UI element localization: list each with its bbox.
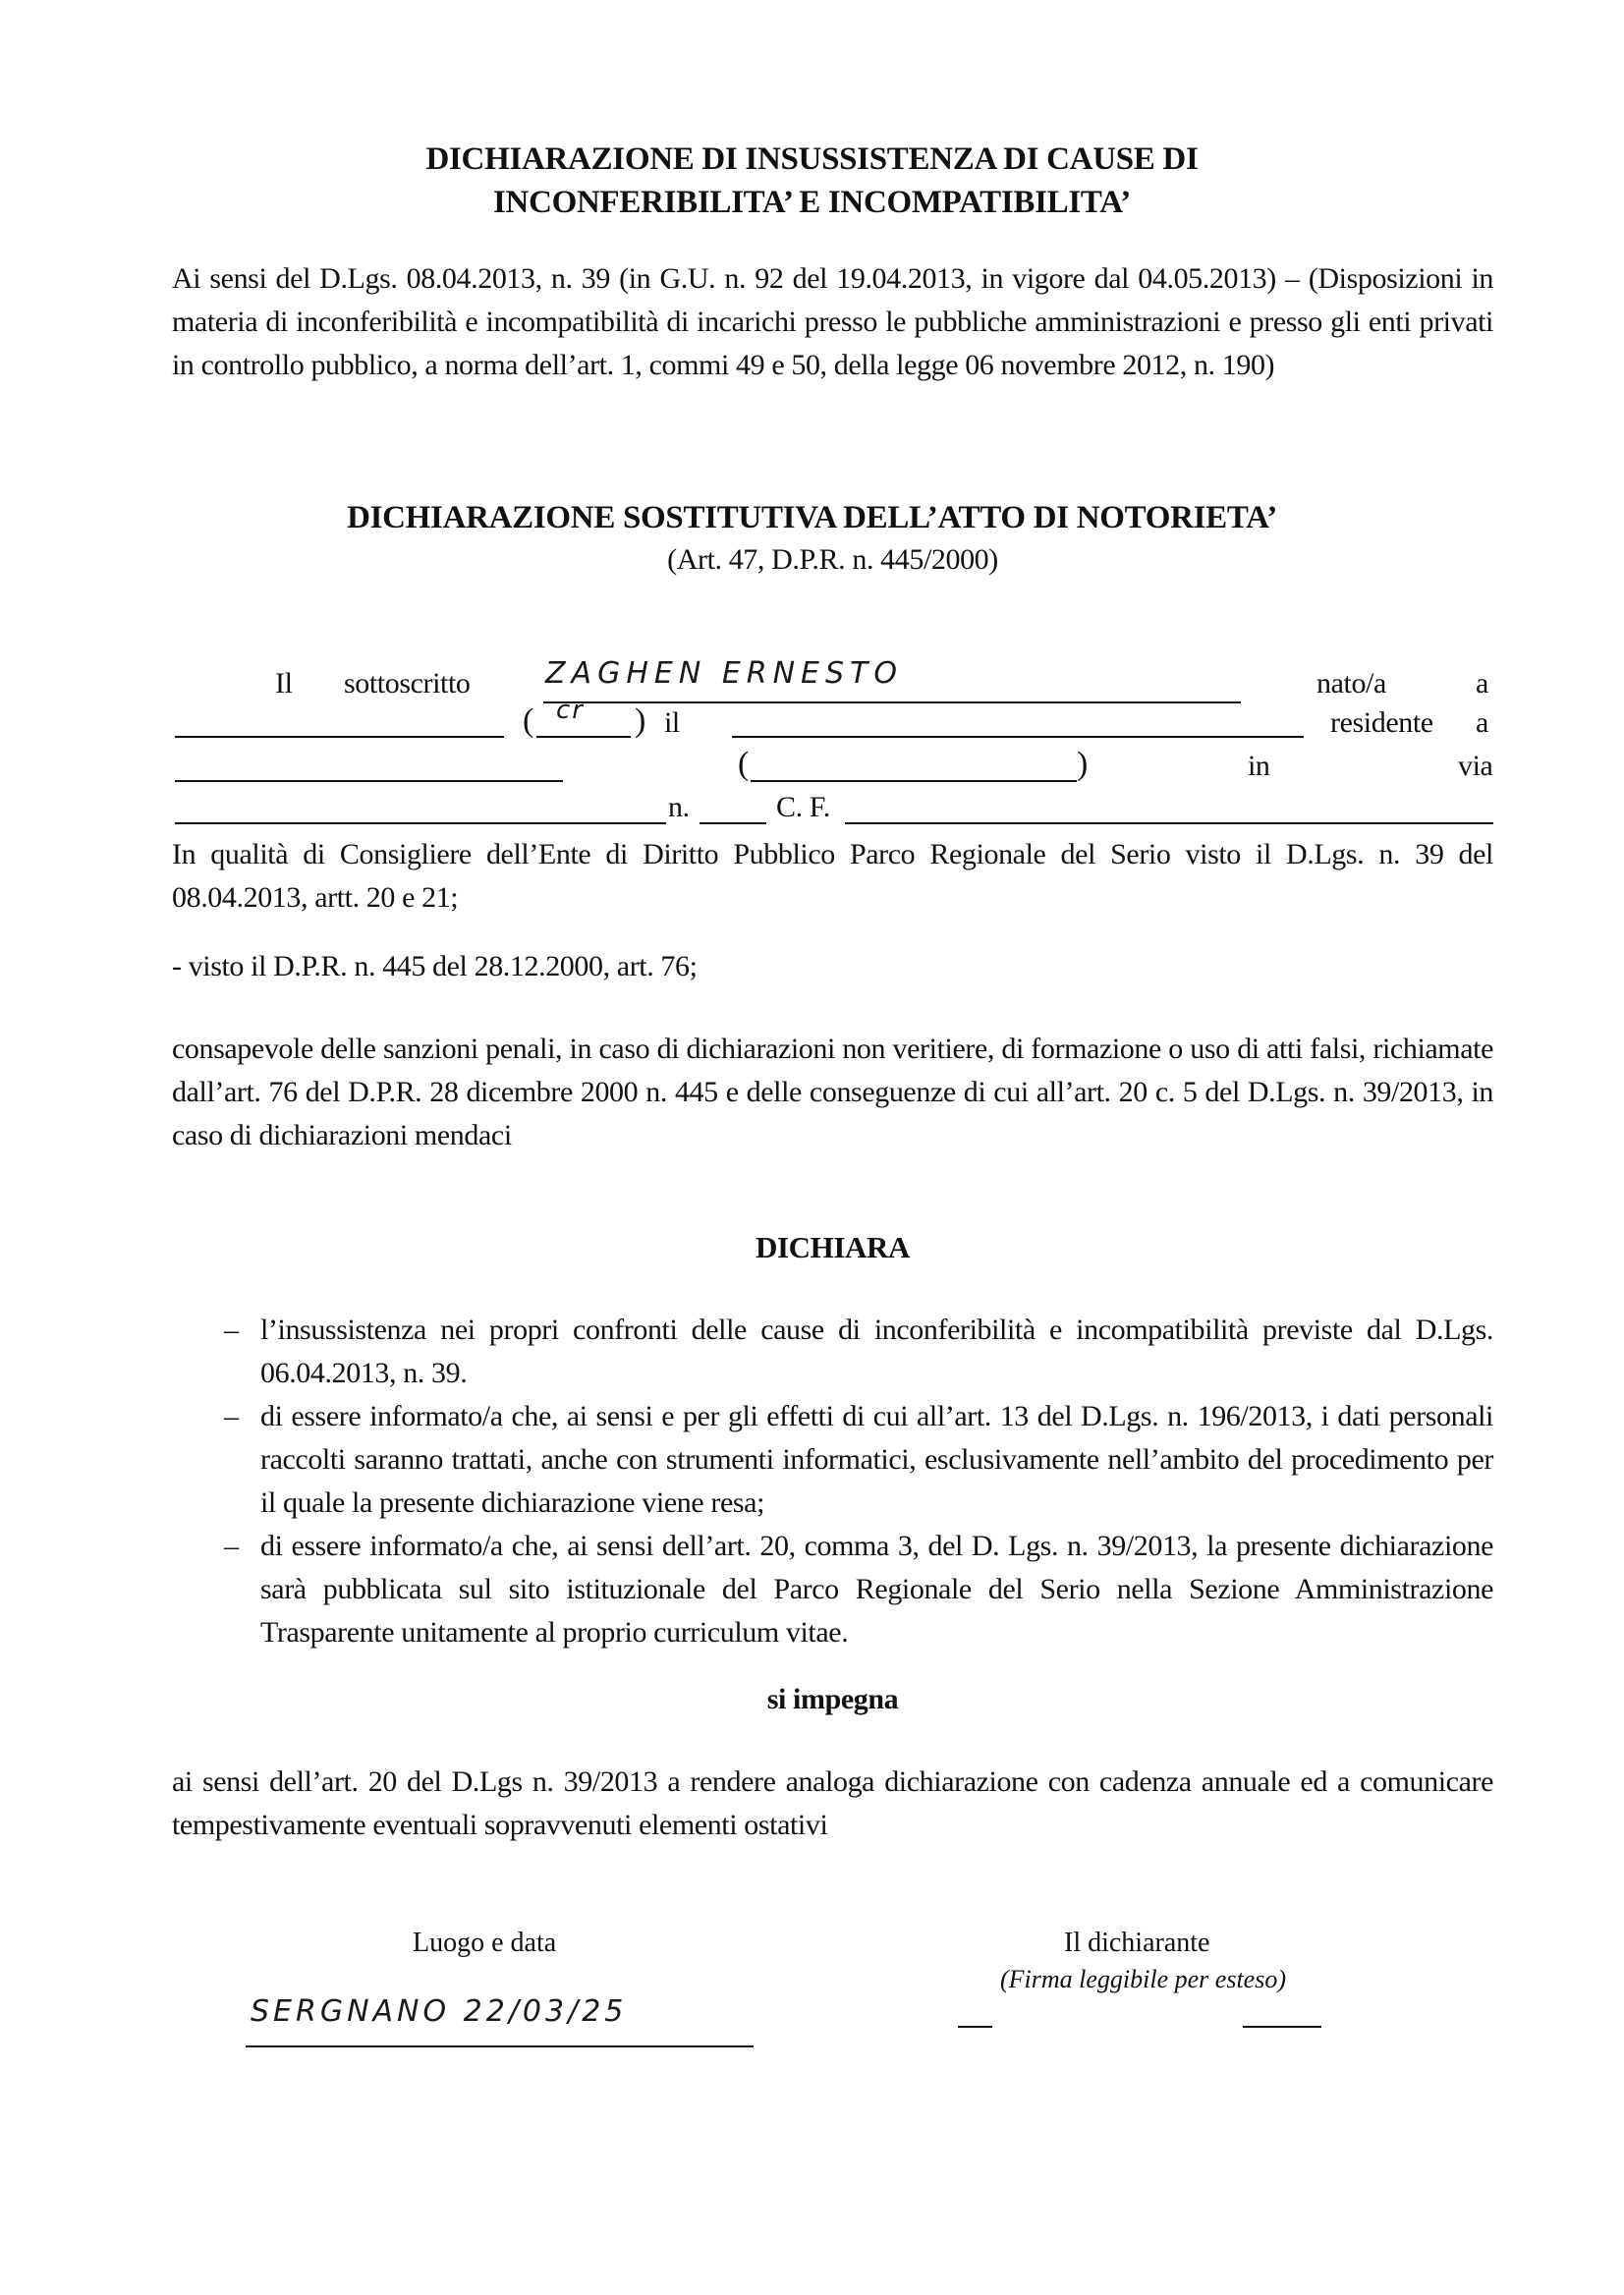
- bullet-marker-2: –: [224, 1395, 239, 1438]
- qualita-paragraph: In qualità di Consigliere dell’Ente di D…: [172, 833, 1493, 920]
- subtitle: DICHIARAZIONE SOSTITUTIVA DELL’ATTO DI N…: [167, 496, 1457, 539]
- bullet-item-1: l’insussistenza nei propri confronti del…: [260, 1309, 1493, 1395]
- label-in: in: [1248, 747, 1270, 786]
- label-a-2: a: [1476, 703, 1488, 743]
- consapevole-paragraph: consapevole delle sanzioni penali, in ca…: [172, 1028, 1493, 1157]
- field-residence-province-line[interactable]: [751, 780, 1077, 782]
- intro-paragraph: Ai sensi del D.Lgs. 08.04.2013, n. 39 (i…: [172, 257, 1493, 387]
- label-a-1: a: [1476, 664, 1488, 703]
- bullet-marker-3: –: [224, 1525, 239, 1568]
- visto-paragraph: - visto il D.P.R. n. 445 del 28.12.2000,…: [172, 945, 1493, 988]
- subtitle-reference: (Art. 47, D.P.R. n. 445/2000): [172, 538, 1493, 582]
- field-birthplace-line[interactable]: [175, 736, 504, 738]
- document-page: DICHIARAZIONE DI INSUSSISTENZA DI CAUSE …: [0, 0, 1624, 2295]
- paren-close-2: ): [1077, 745, 1088, 784]
- signature-line-segment-2[interactable]: [1243, 2026, 1321, 2028]
- label-residente: residente: [1330, 703, 1433, 743]
- label-via: via: [1458, 747, 1492, 786]
- label-cf: C. F.: [776, 788, 830, 827]
- place-date-line: [246, 2045, 754, 2047]
- declarant-note: (Firma leggibile per esteso): [1000, 1963, 1286, 1996]
- label-sottoscritto: sottoscritto: [344, 664, 471, 703]
- field-name-value[interactable]: ZAGHEN ERNESTO: [545, 656, 903, 691]
- bullet-item-3: di essere informato/a che, ai sensi dell…: [260, 1525, 1493, 1654]
- field-street-number-line[interactable]: [700, 822, 766, 824]
- document-title-line-1: DICHIARAZIONE DI INSUSSISTENZA DI CAUSE …: [167, 138, 1457, 181]
- document-title-line-2: INCONFERIBILITA’ E INCOMPATIBILITA’: [167, 181, 1457, 224]
- label-nato: nato/a: [1316, 664, 1386, 703]
- paren-close: ): [635, 701, 645, 741]
- dichiara-heading: DICHIARA: [172, 1226, 1493, 1269]
- field-birth-province-line: [536, 736, 631, 738]
- field-birthdate-line[interactable]: [732, 736, 1304, 738]
- field-birth-province-value[interactable]: cr: [556, 696, 585, 725]
- bullet-marker-1: –: [224, 1309, 239, 1352]
- paren-open-2: (: [738, 745, 749, 784]
- label-il: Il: [275, 664, 293, 703]
- label-n: n.: [668, 788, 690, 827]
- place-date-value[interactable]: SERGNANO 22/03/25: [251, 1994, 627, 2029]
- label-il-date: il: [664, 703, 680, 743]
- paren-open: (: [523, 701, 533, 741]
- bullet-item-2: di essere informato/a che, ai sensi e pe…: [260, 1395, 1493, 1525]
- field-tax-code-line[interactable]: [845, 822, 1493, 824]
- field-name-line: [543, 701, 1241, 703]
- place-date-label: Luogo e data: [413, 1926, 556, 1961]
- impegna-paragraph: ai sensi dell’art. 20 del D.Lgs n. 39/20…: [172, 1761, 1493, 1847]
- signature-line-segment-1[interactable]: [958, 2026, 992, 2028]
- impegna-heading: si impegna: [172, 1678, 1493, 1721]
- field-residence-line[interactable]: [175, 780, 563, 782]
- declarant-label: Il dichiarante: [1064, 1926, 1209, 1961]
- field-street-line[interactable]: [175, 822, 666, 824]
